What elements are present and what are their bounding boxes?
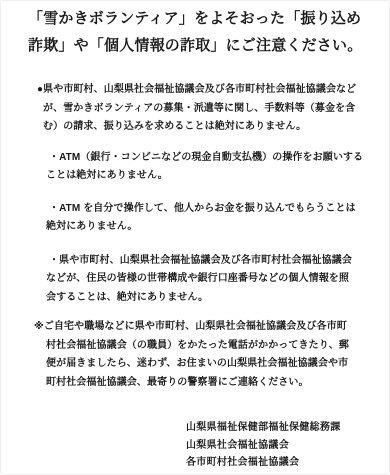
text-line: む）の請求、振り込みを求めることは絶対にありません。 — [43, 118, 389, 137]
text-line: ・県や市町村、山梨県社会福祉協議会及び各市町村社会福祉協議会 — [49, 252, 389, 271]
text-line: が、雪かきボランティアの募集・派遣等に関し、手数料等（募金を含 — [43, 100, 389, 119]
notice-document: 「雪かきボランティア」をよそおった「振り込め 詐欺」や「個人情報の詐取」にご注意… — [0, 0, 390, 475]
text-line: 町村社会福祉協議会、最寄りの警察署にご連絡ください。 — [46, 374, 389, 393]
text-line: 会することは、絶対にありません。 — [46, 289, 389, 308]
notice-title: 「雪かきボランティア」をよそおった「振り込め 詐欺」や「個人情報の詐取」にご注意… — [1, 5, 389, 59]
text-line: ●県や市町村、山梨県社会福祉協議会及び各市町村社会福祉協議会など — [37, 81, 389, 100]
notice-title-line: 詐欺」や「個人情報の詐取」にご注意ください。 — [28, 32, 389, 59]
signature-line: 山梨県社会福祉協議会 — [186, 437, 389, 455]
text-line: ・ATM（銀行・コンビニなどの現金自動支払機）の操作をお願いする — [49, 149, 389, 168]
notice-bullet-personal-info: ・県や市町村、山梨県社会福祉協議会及び各市町村社会福祉協議会 などが、住民の皆様… — [1, 252, 389, 308]
signature-line: 山梨県福祉保健部福祉保健総務課 — [186, 419, 389, 437]
notice-title-line: 「雪かきボランティア」をよそおった「振り込め — [28, 5, 389, 32]
notice-bullet-atm-self: ・ATM を自分で操作して、他人からお金を振り込んでもらうことは 絶対にありませ… — [1, 200, 389, 237]
notice-bullet-atm-operation: ・ATM（銀行・コンビニなどの現金自動支払機）の操作をお願いする ことは絶対にあ… — [1, 149, 389, 186]
text-line: ことは絶対にありません。 — [46, 167, 389, 186]
signature-block: 山梨県福祉保健部福祉保健総務課 山梨県社会福祉協議会 各市町村社会福祉協議会 — [186, 419, 389, 472]
signature-line: 各市町村社会福祉協議会 — [186, 454, 389, 472]
notice-remark-contact: ※ご自宅や職場などに県や市町村、山梨県社会福祉協議会及び各市町 村社会福祉協議会… — [1, 318, 389, 392]
text-line: ・ATM を自分で操作して、他人からお金を振り込んでもらうことは — [49, 200, 389, 219]
text-line: などが、住民の皆様の世帯構成や銀行口座番号などの個人情報を照 — [46, 270, 389, 289]
text-line: ※ご自宅や職場などに県や市町村、山梨県社会福祉協議会及び各市町 — [34, 318, 389, 337]
text-line: 絶対にありません。 — [46, 218, 389, 237]
text-line: 便が届きましたら、迷わず、お住まいの山梨県社会福祉協議会や市 — [46, 355, 389, 374]
text-line: 村社会福祉協議会（の職員）をかたった電話がかかってきたり、郵 — [46, 337, 389, 356]
notice-paragraph-main: ●県や市町村、山梨県社会福祉協議会及び各市町村社会福祉協議会など が、雪かきボラ… — [1, 81, 389, 137]
